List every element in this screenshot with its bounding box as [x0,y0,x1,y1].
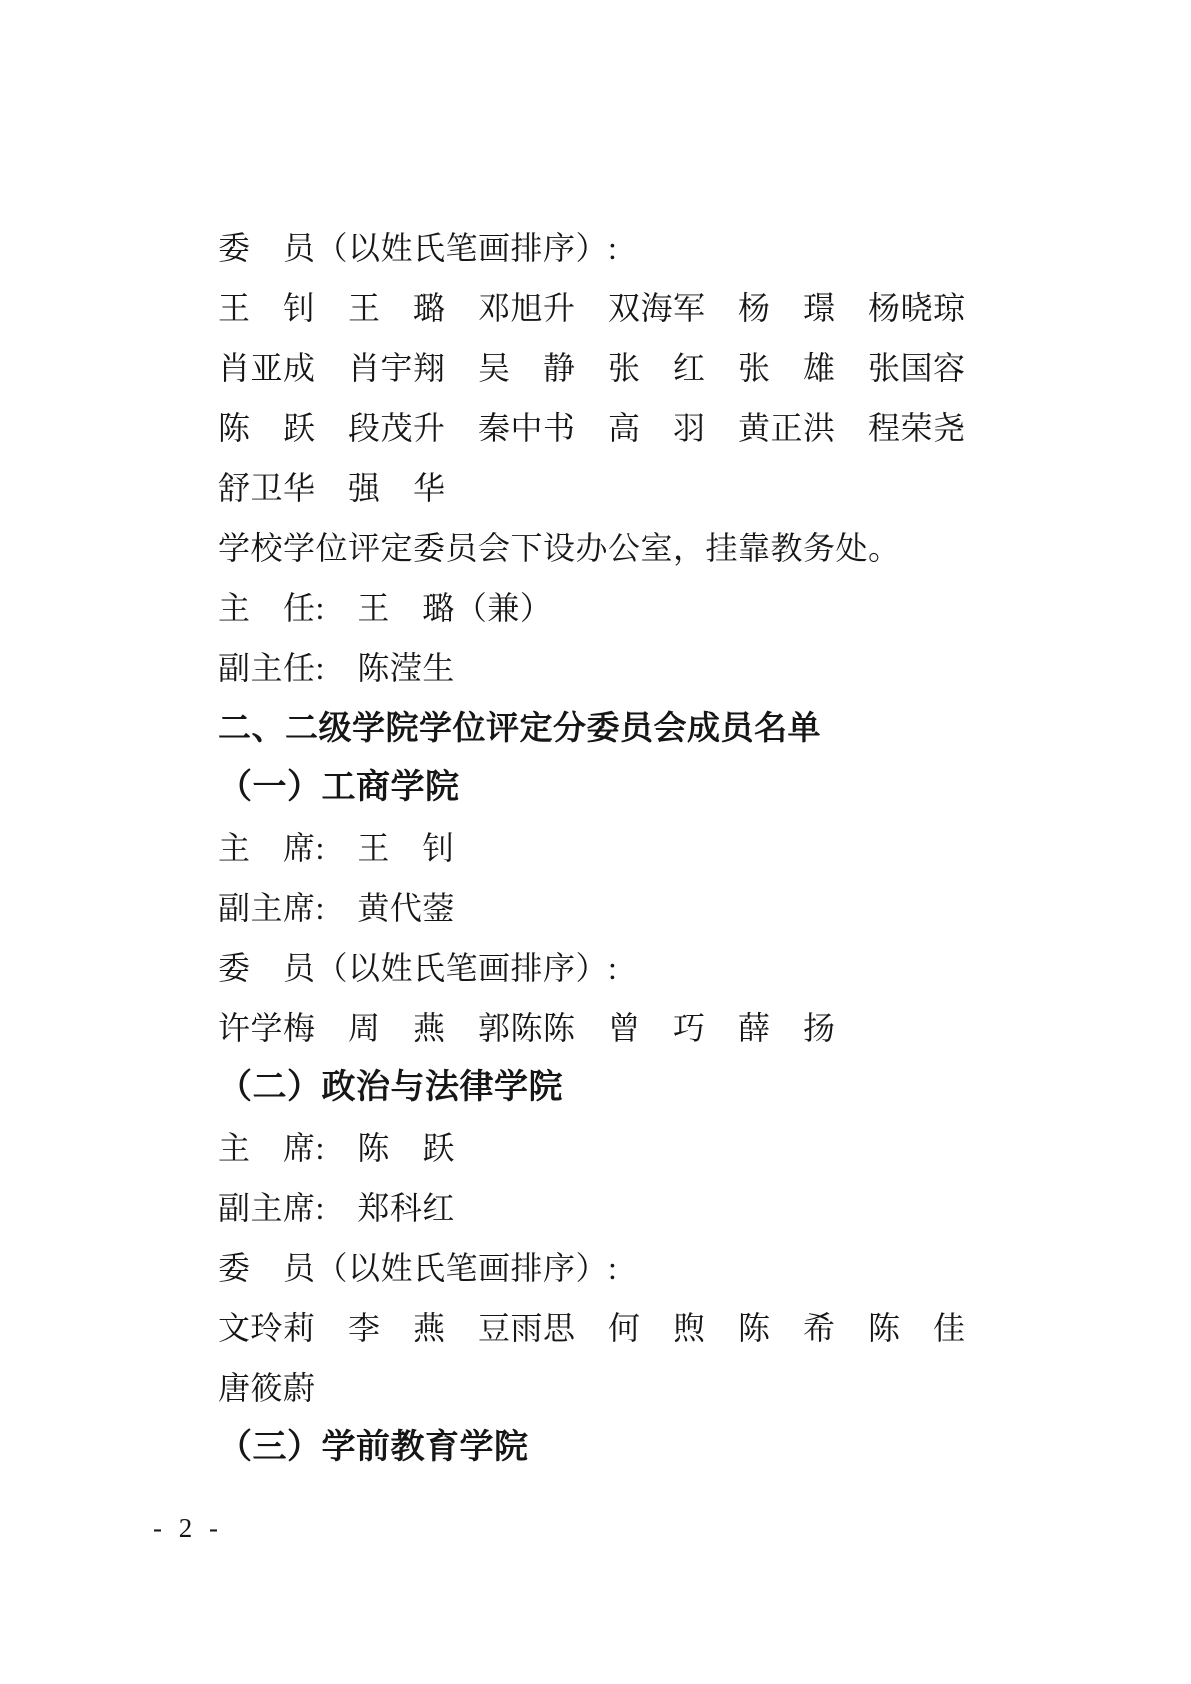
section-heading: 二、二级学院学位评定分委员会成员名单 [218,698,1008,758]
member-row: 王 钊 王 璐 邓旭升 双海军 杨 璟 杨晓琼 [218,278,1008,338]
page-number: - 2 - [153,1510,223,1546]
office-note: 学校学位评定委员会下设办公室，挂靠教务处。 [218,518,1008,578]
member-row: 唐筱蔚 [218,1358,1008,1418]
member-row: 肖亚成 肖宇翔 吴 静 张 红 张 雄 张国容 [218,338,1008,398]
deputy-director-line: 副主任: 陈滢生 [218,638,1008,698]
members-label: 委 员（以姓氏笔画排序）: [218,1238,1008,1298]
vice-chair-line: 副主席: 郑科红 [218,1178,1008,1238]
members-label: 委 员（以姓氏笔画排序）: [218,218,1008,278]
document-body: 委 员（以姓氏笔画排序）: 王 钊 王 璐 邓旭升 双海军 杨 璟 杨晓琼 肖亚… [218,218,1008,1478]
college-heading: （二）政治与法律学院 [218,1058,1008,1118]
member-row: 文玲莉 李 燕 豆雨思 何 煦 陈 希 陈 佳 [218,1298,1008,1358]
director-line: 主 任: 王 璐（兼） [218,578,1008,638]
members-label: 委 员（以姓氏笔画排序）: [218,938,1008,998]
member-row: 舒卫华 强 华 [218,458,1008,518]
college-heading: （一）工商学院 [218,758,1008,818]
document-page: 委 员（以姓氏笔画排序）: 王 钊 王 璐 邓旭升 双海军 杨 璟 杨晓琼 肖亚… [0,0,1191,1684]
vice-chair-line: 副主席: 黄代蓥 [218,878,1008,938]
chair-line: 主 席: 陈 跃 [218,1118,1008,1178]
college-heading: （三）学前教育学院 [218,1418,1008,1478]
member-row: 许学梅 周 燕 郭陈陈 曾 巧 薛 扬 [218,998,1008,1058]
chair-line: 主 席: 王 钊 [218,818,1008,878]
member-row: 陈 跃 段茂升 秦中书 高 羽 黄正洪 程荣尧 [218,398,1008,458]
